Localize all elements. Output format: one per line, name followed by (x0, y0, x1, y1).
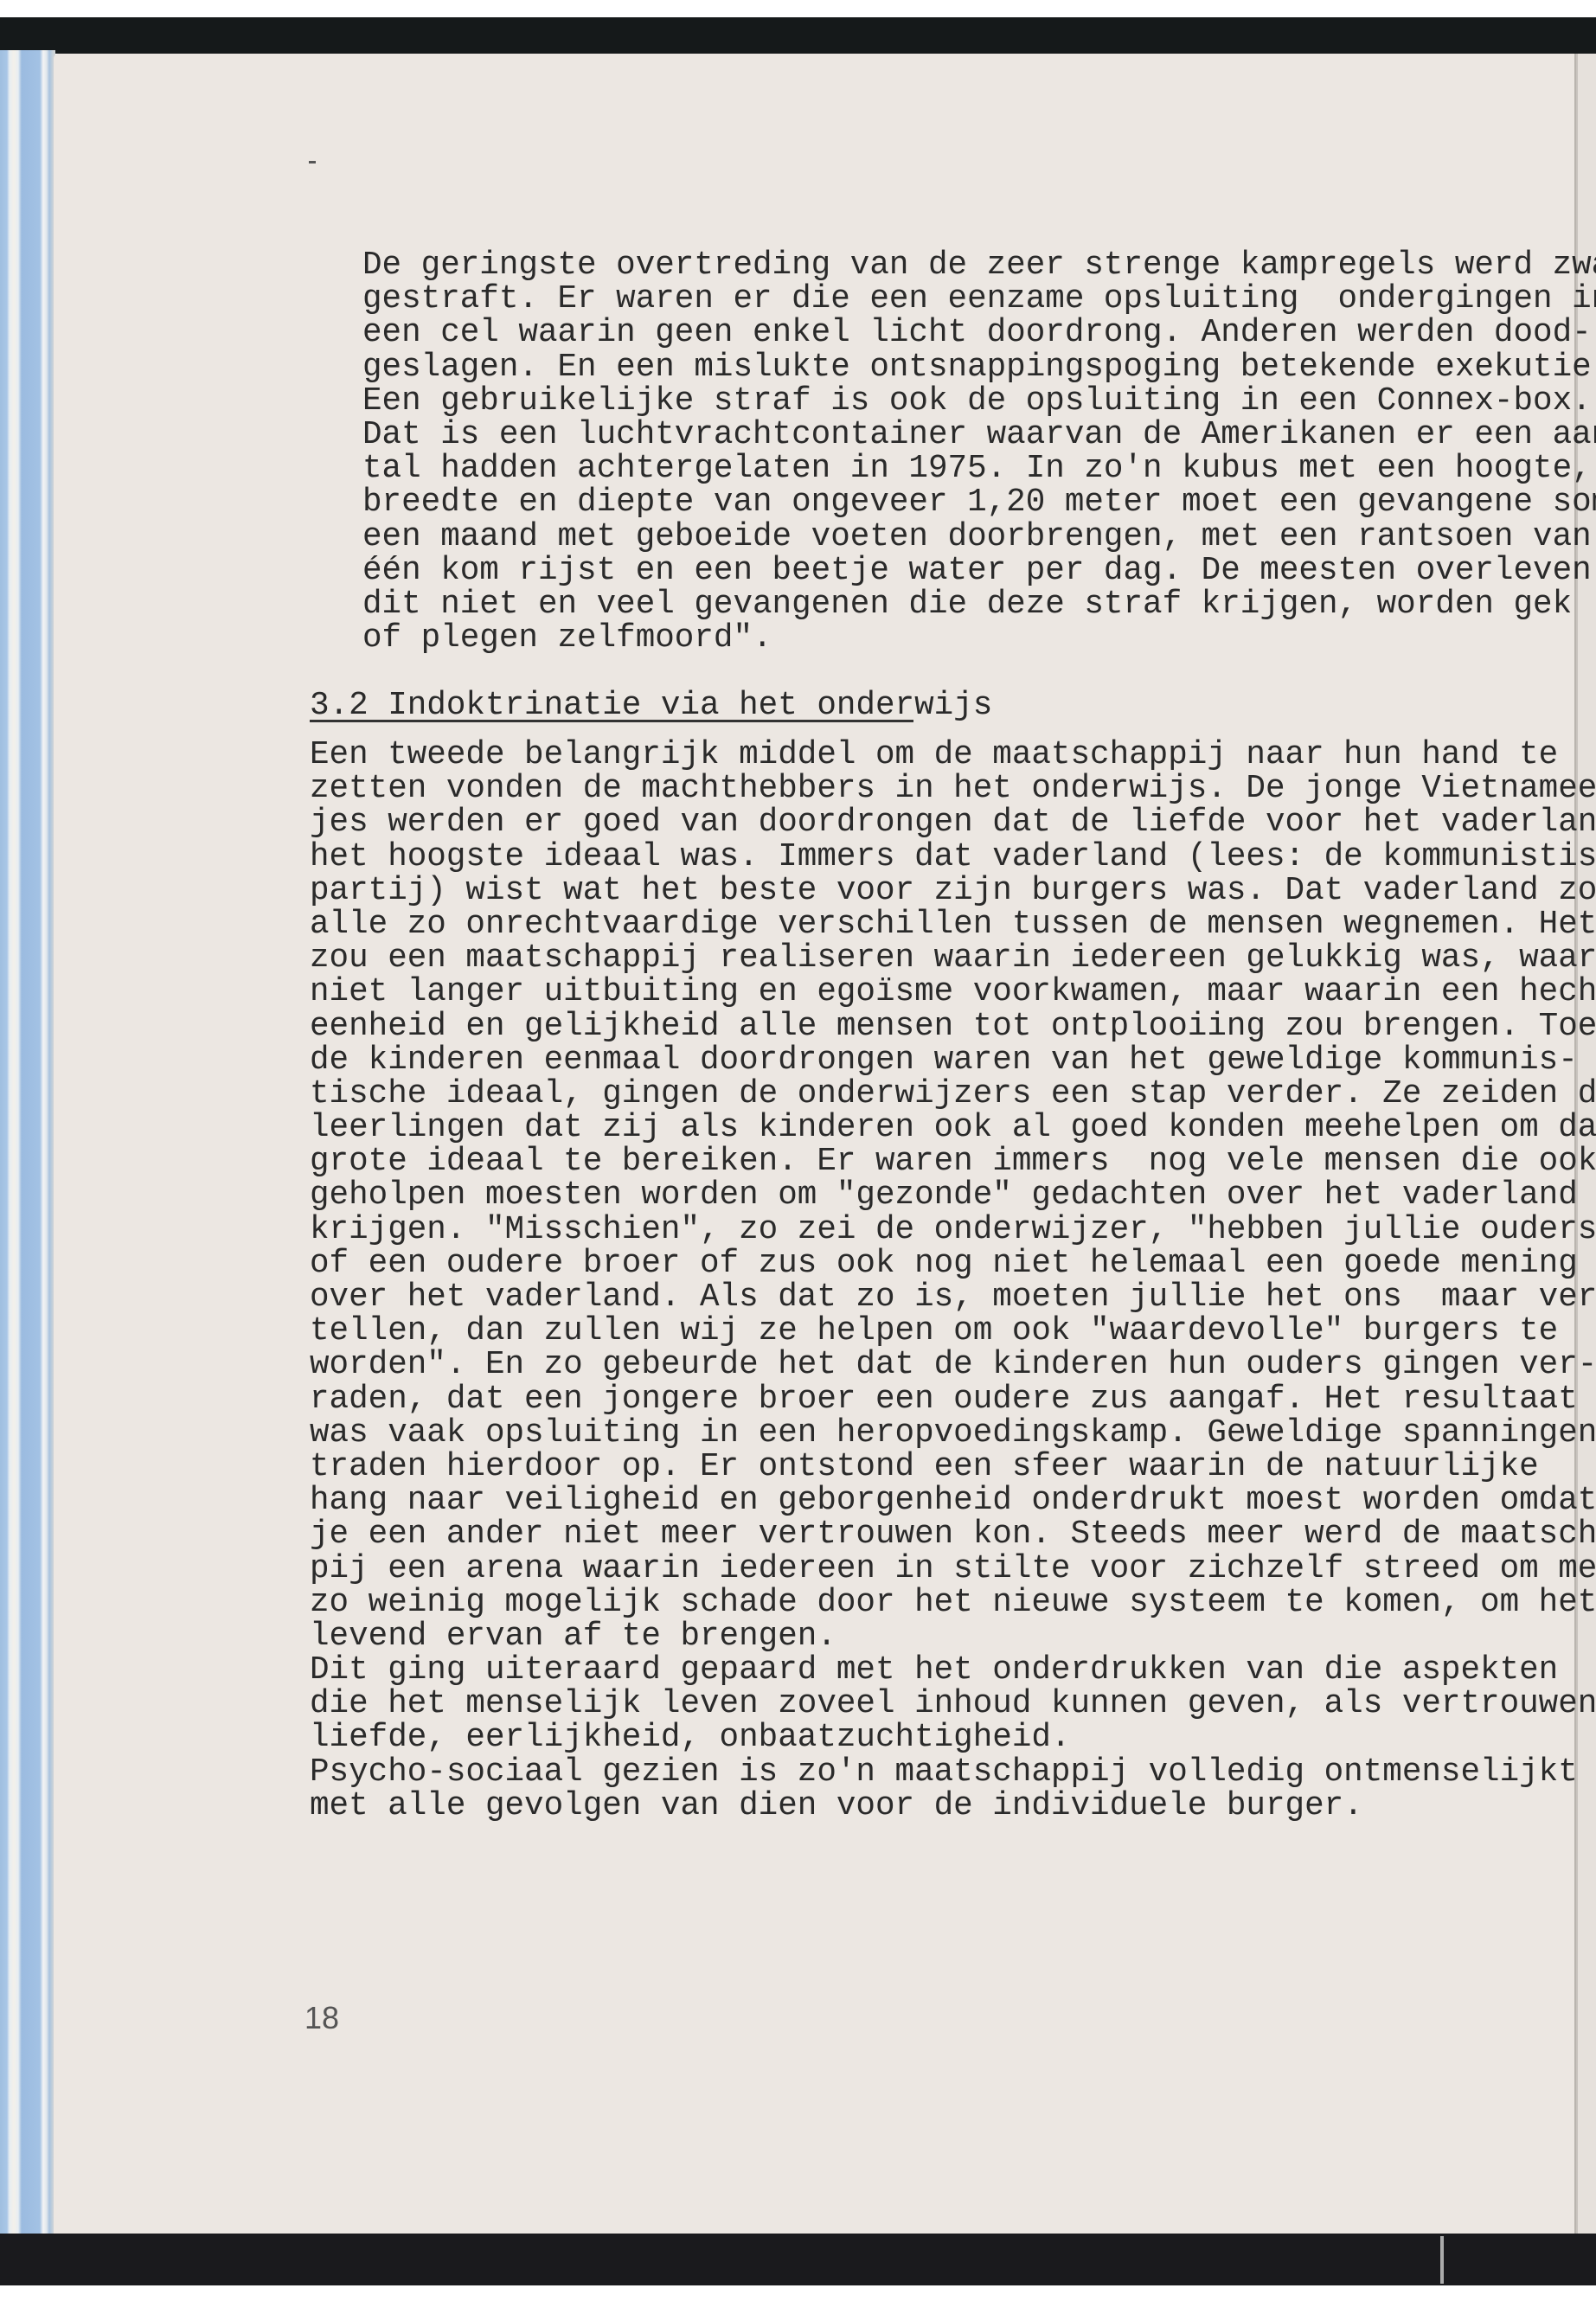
text-line: niet langer uitbuiting en egoïsme voorkw… (310, 976, 1596, 1009)
scan-top-border (0, 17, 1596, 54)
text-line: eenheid en gelijkheid alle mensen tot on… (310, 1010, 1596, 1044)
page-number: 18 (304, 2000, 339, 2036)
text-line: hang naar veiligheid en geborgenheid ond… (310, 1484, 1596, 1518)
paragraph-quote: De geringste overtreding van de zeer str… (362, 249, 1596, 656)
text-line: Een tweede belangrijk middel om de maats… (310, 739, 1596, 772)
text-line: leerlingen dat zij als kinderen ook al g… (310, 1112, 1596, 1145)
scan-bottom-border (0, 2234, 1596, 2285)
text-line: breedte en diepte van ongeveer 1,20 mete… (362, 486, 1596, 520)
text-line: liefde, eerlijkheid, onbaatzuchtigheid. (310, 1721, 1596, 1755)
text-line: het hoogste ideaal was. Immers dat vader… (310, 841, 1596, 875)
scan-artifact (1440, 2236, 1444, 2284)
text-line: die het menselijk leven zoveel inhoud ku… (310, 1688, 1596, 1721)
text-line: raden, dat een jongere broer een oudere … (310, 1383, 1596, 1417)
text-line: was vaak opsluiting in een heropvoedings… (310, 1417, 1596, 1451)
text-line: levend ervan af te brengen. (310, 1620, 1596, 1654)
margin-mark (309, 161, 316, 163)
text-line: tische ideaal, gingen de onderwijzers ee… (310, 1078, 1596, 1112)
text-line: zetten vonden de machthebbers in het ond… (310, 772, 1596, 806)
text-line: een cel waarin geen enkel licht doordron… (362, 317, 1596, 350)
text-line: Dit ging uiteraard gepaard met het onder… (310, 1654, 1596, 1688)
text-line: met alle gevolgen van dien voor de indiv… (310, 1790, 1596, 1823)
text-line: zou een maatschappij realiseren waarin i… (310, 942, 1596, 976)
text-line: worden". En zo gebeurde het dat de kinde… (310, 1349, 1596, 1382)
text-line: krijgen. "Misschien", zo zei de onderwij… (310, 1214, 1596, 1247)
heading-underline (310, 720, 913, 722)
text-line: tal hadden achtergelaten in 1975. In zo'… (362, 452, 1596, 486)
text-line: je een ander niet meer vertrouwen kon. S… (310, 1518, 1596, 1552)
text-line: traden hierdoor op. Er ontstond een sfee… (310, 1451, 1596, 1484)
text-line: partij) wist wat het beste voor zijn bur… (310, 875, 1596, 908)
text-line: een maand met geboeide voeten doorbrenge… (362, 521, 1596, 554)
text-line: één kom rijst en een beetje water per da… (362, 554, 1596, 588)
text-line: Een gebruikelijke straf is ook de opslui… (362, 385, 1596, 419)
text-line: De geringste overtreding van de zeer str… (362, 249, 1596, 283)
section-heading: 3.2 Indoktrinatie via het onderwijs (310, 689, 992, 723)
text-line: dit niet en veel gevangenen die deze str… (362, 588, 1596, 622)
text-line: geholpen moesten worden om "gezonde" ged… (310, 1179, 1596, 1213)
text-line: over het vaderland. Als dat zo is, moete… (310, 1281, 1596, 1315)
text-line: pij een arena waarin iedereen in stilte … (310, 1553, 1596, 1586)
text-line: de kinderen eenmaal doordrongen waren va… (310, 1044, 1596, 1078)
text-line: jes werden er goed van doordrongen dat d… (310, 806, 1596, 840)
text-line: zo weinig mogelijk schade door het nieuw… (310, 1586, 1596, 1620)
text-line: of plegen zelfmoord". (362, 622, 1596, 656)
book-spine-edge (0, 50, 55, 2239)
text-line: of een oudere broer of zus ook nog niet … (310, 1247, 1596, 1281)
text-line: Psycho-sociaal gezien is zo'n maatschapp… (310, 1756, 1596, 1790)
text-line: gestraft. Er waren er die een eenzame op… (362, 283, 1596, 317)
text-line: grote ideaal te bereiken. Er waren immer… (310, 1145, 1596, 1179)
text-line: tellen, dan zullen wij ze helpen om ook … (310, 1315, 1596, 1349)
text-line: geslagen. En een mislukte ontsnappingspo… (362, 351, 1596, 385)
text-line: alle zo onrechtvaardige verschillen tuss… (310, 908, 1596, 942)
text-line: Dat is een luchtvrachtcontainer waarvan … (362, 419, 1596, 452)
paragraph-body: Een tweede belangrijk middel om de maats… (310, 739, 1596, 1823)
